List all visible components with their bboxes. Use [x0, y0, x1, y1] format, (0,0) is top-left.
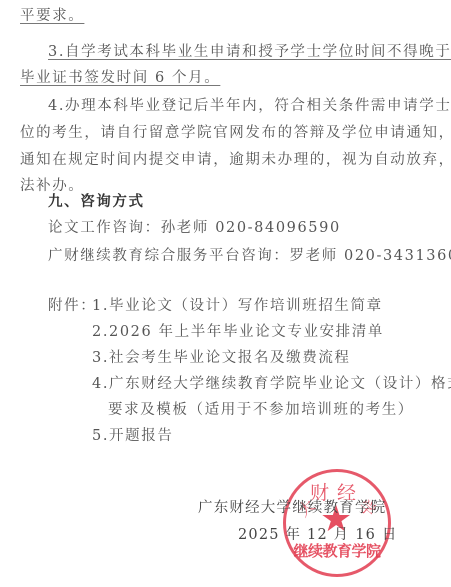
- attachment-item: 1.毕业论文（设计）写作培训班招生简章: [92, 296, 383, 316]
- item-3-line-2: 毕业证书签发时间 6 个月。: [20, 68, 220, 88]
- attachment-item-continued: 要求及模板（适用于不参加培训班的考生）: [108, 400, 414, 420]
- contact-service-platform: 广财继续教育综合服务平台咨询：罗老师 020-34313606: [48, 246, 451, 266]
- signature-date: 2025 年 12 月 16 日: [238, 525, 398, 545]
- attachments-label: 附件：: [48, 296, 96, 316]
- attachment-item: 5.开题报告: [92, 426, 173, 446]
- official-seal: 财经 大 学 ★ 继续教育学院: [283, 469, 391, 577]
- item-4-line-2: 位的考生，请自行留意学院官网发布的答辩及学位申请通知，按: [20, 123, 451, 143]
- contact-paper-work: 论文工作咨询：孙老师 020-84096590: [48, 218, 341, 238]
- signature-organization: 广东财经大学继续教育学院: [198, 498, 386, 518]
- item-3-line-1: 3.自学考试本科毕业生申请和授予学士学位时间不得晚于: [48, 42, 451, 62]
- section-9-heading: 九、咨询方式: [48, 192, 145, 212]
- attachment-item: 3.社会考生毕业论文报名及缴费流程: [92, 348, 351, 368]
- item-4-line-1: 4.办理本科毕业登记后半年内，符合相关条件需申请学士学: [48, 96, 451, 116]
- attachment-item: 4.广东财经大学继续教育学院毕业论文（设计）格式: [92, 374, 451, 394]
- prev-paragraph-end: 平要求。: [20, 6, 84, 26]
- item-4-line-3: 通知在规定时间内提交申请，逾期未办理的，视为自动放弃，无: [20, 150, 451, 170]
- attachment-item: 2.2026 年上半年毕业论文专业安排清单: [92, 322, 384, 342]
